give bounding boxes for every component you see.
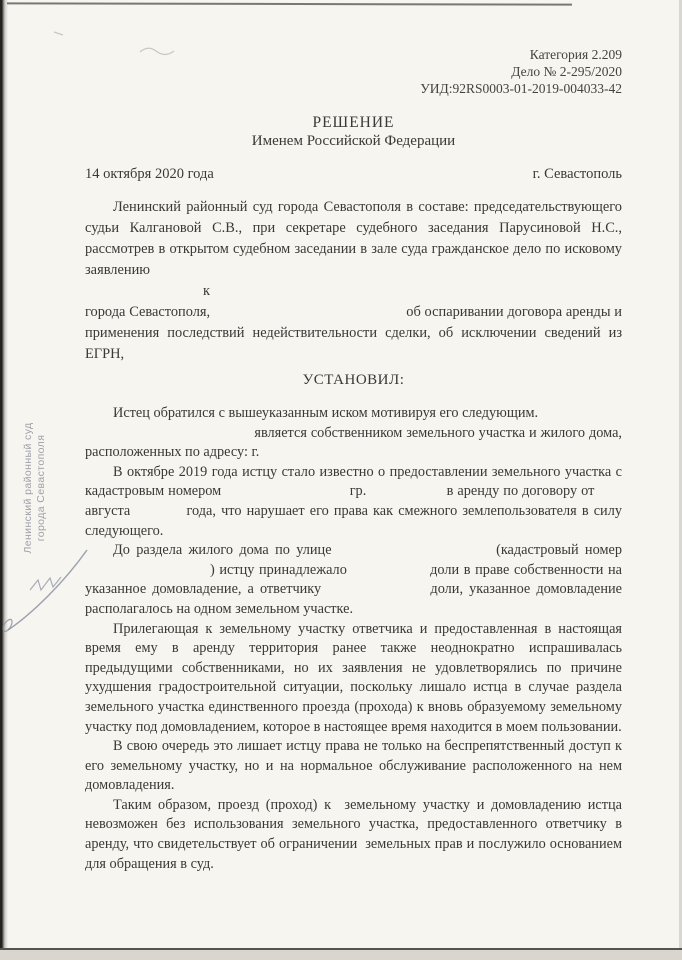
scanned-court-decision-page: Ленинский районный суд города Севастопол… [0, 0, 682, 960]
case-number-line: Дело № 2-295/2020 [85, 63, 622, 80]
decision-subtitle: Именем Российской Федерации [85, 132, 622, 151]
document-content: Категория 2.209 Дело № 2-295/2020 УИД:92… [85, 0, 622, 874]
dateline: 14 октября 2020 года г. Севастополь [85, 165, 622, 183]
defendant-k-line: к [85, 281, 622, 302]
case-header: Категория 2.209 Дело № 2-295/2020 УИД:92… [85, 0, 622, 97]
court-registration-stamp: Ленинский районный суд города Севастопол… [12, 392, 66, 584]
stamp-line2: города Севастополя [35, 392, 48, 584]
body-paragraph-1: Истец обратился с вышеуказанным иском мо… [85, 404, 622, 424]
handwritten-signature [0, 538, 95, 640]
scan-edge-left [0, 0, 8, 960]
claim-subject-paragraph: города Севастополя, об оспаривании догов… [85, 302, 622, 365]
category-line: Категория 2.209 [85, 46, 622, 63]
decision-date: 14 октября 2020 года [85, 165, 214, 183]
court-registration-stamp-text: Ленинский районный суд города Севастопол… [22, 392, 56, 584]
body-paragraph-5: Прилегающая к земельному участку ответчи… [85, 620, 622, 738]
decision-city: г. Севастополь [533, 165, 622, 183]
stamp-line1: Ленинский районный суд [22, 392, 35, 584]
body-paragraph-3: В октябре 2019 года истцу стало известно… [85, 463, 622, 541]
body-paragraph-4: До раздела жилого дома по улице (кадастр… [85, 541, 622, 619]
body-paragraph-6: В свою очередь это лишает истцу права не… [85, 737, 622, 796]
ustanovil-heading: УСТАНОВИЛ: [85, 371, 622, 390]
body-paragraph-7: Таким образом, проезд (проход) к земельн… [85, 796, 622, 874]
court-composition-paragraph: Ленинский районный суд города Севастопол… [85, 197, 622, 281]
uid-line: УИД:92RS0003-01-2019-004033-42 [85, 80, 622, 97]
body-paragraph-2: является собственником земельного участк… [85, 424, 622, 463]
decision-title: РЕШЕНИЕ [85, 113, 622, 132]
scan-edge-bottom-band [0, 950, 682, 960]
